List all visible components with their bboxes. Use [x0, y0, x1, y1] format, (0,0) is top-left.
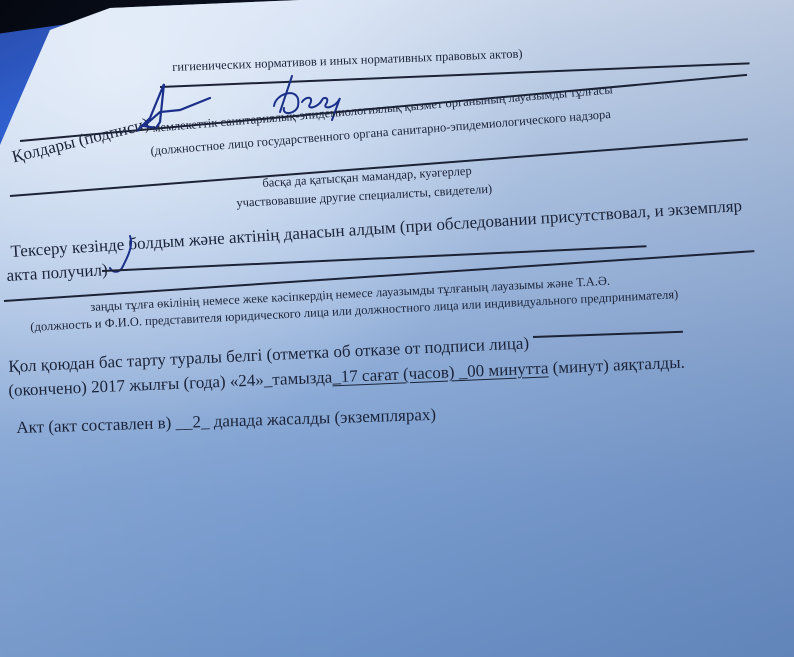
copies-count: __2_ [175, 412, 210, 432]
normatives-caption: гигиенических нормативов и иных норматив… [172, 47, 523, 75]
refusal-rule [533, 331, 683, 338]
copies-line: Акт (акт составлен в) __2_ данада жасалд… [16, 405, 436, 438]
copies-label: Акт (акт составлен в) [16, 413, 176, 437]
completion-time: _17 сағат (часов) _00 минутта [332, 358, 549, 386]
document-content: гигиенических нормативов и иных норматив… [0, 0, 794, 657]
completion-suffix: (минут) аяқталды. [548, 353, 685, 378]
presence-statement-line2: акта получил) [6, 260, 108, 286]
copies-suffix: данада жасалды (экземплярах) [209, 405, 436, 431]
